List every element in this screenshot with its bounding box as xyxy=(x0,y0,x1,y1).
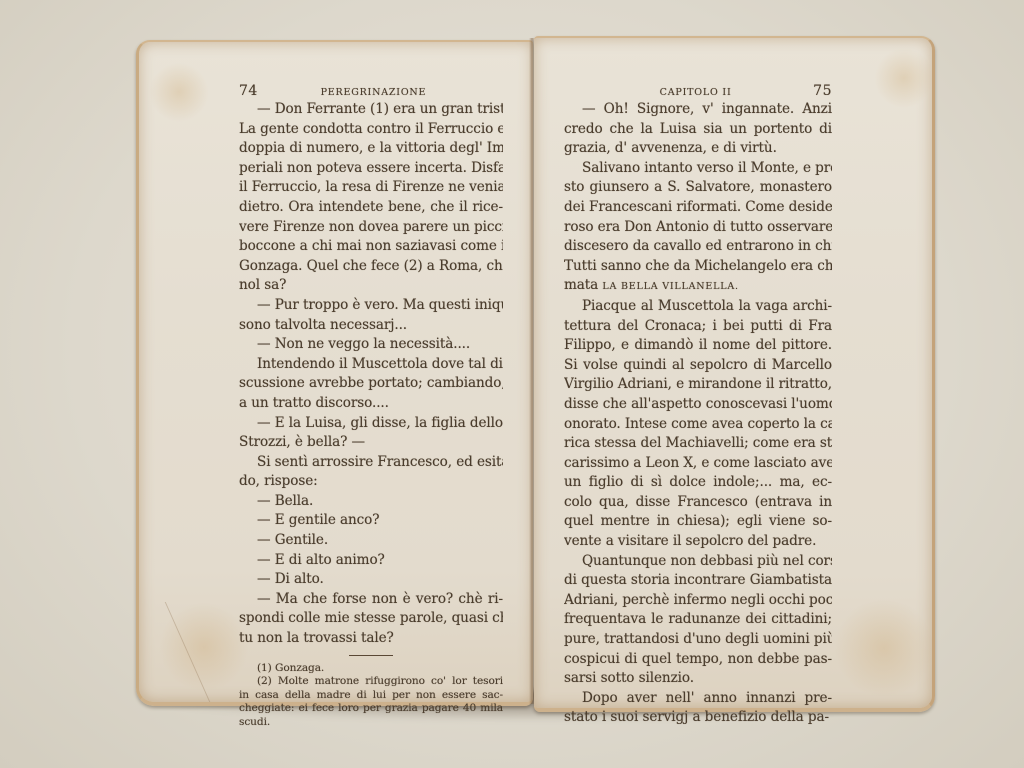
text-line: sarsi sotto silenzio. xyxy=(564,669,832,689)
text-line: frequentava le radunanze dei cittadini; xyxy=(564,610,832,630)
text-line: mata LA BELLA VILLANELLA. xyxy=(564,276,832,297)
text-line: discesero da cavallo ed entrarono in chi… xyxy=(564,237,832,257)
text-line: Virgilio Adriani, e mirandone il ritratt… xyxy=(564,375,832,395)
text-line: cheggiate: ei fece loro per grazia pagar… xyxy=(239,702,503,716)
right-body-lines: — Oh! Signore, v' ingannate. Anzicredo c… xyxy=(564,100,832,276)
text-line: Dopo aver nell' anno innanzi pre- xyxy=(564,689,832,709)
foxing-stain xyxy=(834,598,934,698)
text-line: vente a visitare il sepolcro del padre. xyxy=(564,532,832,552)
text-line: un figlio di sì dolce indole;... ma, ec- xyxy=(564,473,832,493)
text-line: vere Firenze non dovea parere un picciol xyxy=(239,218,503,238)
text-line: Si sentì arrossire Francesco, ed esitan- xyxy=(239,453,503,473)
text-line: il Ferruccio, la resa di Firenze ne veni… xyxy=(239,178,503,198)
text-line: scudi. xyxy=(239,716,503,730)
left-page: 74 PEREGRINAZIONE — Don Ferrante (1) era… xyxy=(136,40,533,706)
text-line: a un tratto discorso.... xyxy=(239,394,503,414)
text-line: Adriani, perchè infermo negli occhi poco xyxy=(564,591,832,611)
footnote-rule xyxy=(349,655,393,656)
text-line: dietro. Ora intendete bene, che il rice- xyxy=(239,198,503,218)
text-line: — Non ne veggo la necessità.... xyxy=(239,335,503,355)
text-line: — Don Ferrante (1) era un gran tristo. xyxy=(239,100,503,120)
text-line: — Pur troppo è vero. Ma questi iniqui xyxy=(239,296,503,316)
text-line: — Di alto. xyxy=(239,570,503,590)
left-body-lines: — Don Ferrante (1) era un gran tristo.La… xyxy=(239,100,503,649)
text-line: Gonzaga. Quel che fece (2) a Roma, chi xyxy=(239,257,503,277)
text-line: do, rispose: xyxy=(239,472,503,492)
text-line: sto giunsero a S. Salvatore, monastero xyxy=(564,178,832,198)
text-line: — Oh! Signore, v' ingannate. Anzi xyxy=(564,100,832,120)
left-page-text: 74 PEREGRINAZIONE — Don Ferrante (1) era… xyxy=(239,84,503,730)
text-line: tu non la trovassi tale? xyxy=(239,629,503,649)
left-footnotes: (1) Gonzaga.(2) Molte matrone rifuggiron… xyxy=(239,662,503,730)
text-line: in casa della madre di lui per non esser… xyxy=(239,689,503,703)
page-number: 74 xyxy=(239,84,258,98)
text-line: dei Francescani riformati. Come deside- xyxy=(564,198,832,218)
left-running-head: 74 PEREGRINAZIONE xyxy=(239,84,503,100)
right-page-text: CAPITOLO II 75 — Oh! Signore, v' inganna… xyxy=(564,84,832,728)
text-line: nol sa? xyxy=(239,276,503,296)
text-line: Tutti sanno che da Michelangelo era chia… xyxy=(564,257,832,277)
right-running-head: CAPITOLO II 75 xyxy=(564,84,832,100)
text-line: pure, trattandosi d'uno degli uomini più xyxy=(564,630,832,650)
text-line: — Gentile. xyxy=(239,531,503,551)
open-book: 74 PEREGRINAZIONE — Don Ferrante (1) era… xyxy=(0,0,1024,768)
text-line: Filippo, e dimandò il nome del pittore. xyxy=(564,336,832,356)
text-line: doppia di numero, e la vittoria degl' Im… xyxy=(239,139,503,159)
text-line: Strozzi, è bella? — xyxy=(239,433,503,453)
text-line: rica stessa del Machiavelli; come era st… xyxy=(564,434,832,454)
text-line: onorato. Intese come avea coperto la ca- xyxy=(564,415,832,435)
text-line: cospicui di quel tempo, non debbe pas- xyxy=(564,650,832,670)
text-line: (2) Molte matrone rifuggirono co' lor te… xyxy=(239,675,503,689)
right-body-lines: Piacque al Muscettola la vaga archi-tett… xyxy=(564,297,832,728)
text-line: Quantunque non debbasi più nel corso xyxy=(564,552,832,572)
text-line: — E gentile anco? xyxy=(239,511,503,531)
text-line: credo che la Luisa sia un portento di xyxy=(564,120,832,140)
right-page: CAPITOLO II 75 — Oh! Signore, v' inganna… xyxy=(534,36,935,712)
text-line: — E di alto animo? xyxy=(239,551,503,571)
text-line: colo qua, disse Francesco (entrava in xyxy=(564,493,832,513)
text-line: periali non poteva essere incerta. Disfa… xyxy=(239,159,503,179)
foxing-stain xyxy=(874,48,934,108)
text-line: — Bella. xyxy=(239,492,503,512)
text-line: boccone a chi mai non saziavasi come il xyxy=(239,237,503,257)
text-line: stato i suoi servigj a benefizio della p… xyxy=(564,708,832,728)
text-line: (1) Gonzaga. xyxy=(239,662,503,676)
text-line: disse che all'aspetto conoscevasi l'uomo xyxy=(564,395,832,415)
text-line: La gente condotta contro il Ferruccio er… xyxy=(239,120,503,140)
text-line: sono talvolta necessarj... xyxy=(239,316,503,336)
text-line: carissimo a Leon X, e come lasciato avev… xyxy=(564,454,832,474)
text-line: Si volse quindi al sepolcro di Marcello xyxy=(564,356,832,376)
text-line: roso era Don Antonio di tutto osservare, xyxy=(564,218,832,238)
text-line: Piacque al Muscettola la vaga archi- xyxy=(564,297,832,317)
text-line: spondi colle mie stesse parole, quasi ch… xyxy=(239,609,503,629)
text-line: scussione avrebbe portato; cambiando, xyxy=(239,374,503,394)
text-line: — Ma che forse non è vero? chè ri- xyxy=(239,590,503,610)
text-line: Salivano intanto verso il Monte, e pre- xyxy=(564,159,832,179)
text-line: tettura del Cronaca; i bei putti di Fra xyxy=(564,317,832,337)
running-head-title: CAPITOLO II xyxy=(660,86,732,100)
text-line: quel mentre in chiesa); egli viene so- xyxy=(564,512,832,532)
text-line: Intendendo il Muscettola dove tal di- xyxy=(239,355,503,375)
title-smallcaps: LA BELLA VILLANELLA. xyxy=(602,281,738,292)
page-number: 75 xyxy=(813,84,832,98)
text-line: grazia, d' avvenenza, e di virtù. xyxy=(564,139,832,159)
text-line: di questa storia incontrare Giambatista xyxy=(564,571,832,591)
running-head-title: PEREGRINAZIONE xyxy=(321,86,427,100)
foxing-stain xyxy=(149,62,209,122)
text-line: — E la Luisa, gli disse, la figlia dello xyxy=(239,414,503,434)
